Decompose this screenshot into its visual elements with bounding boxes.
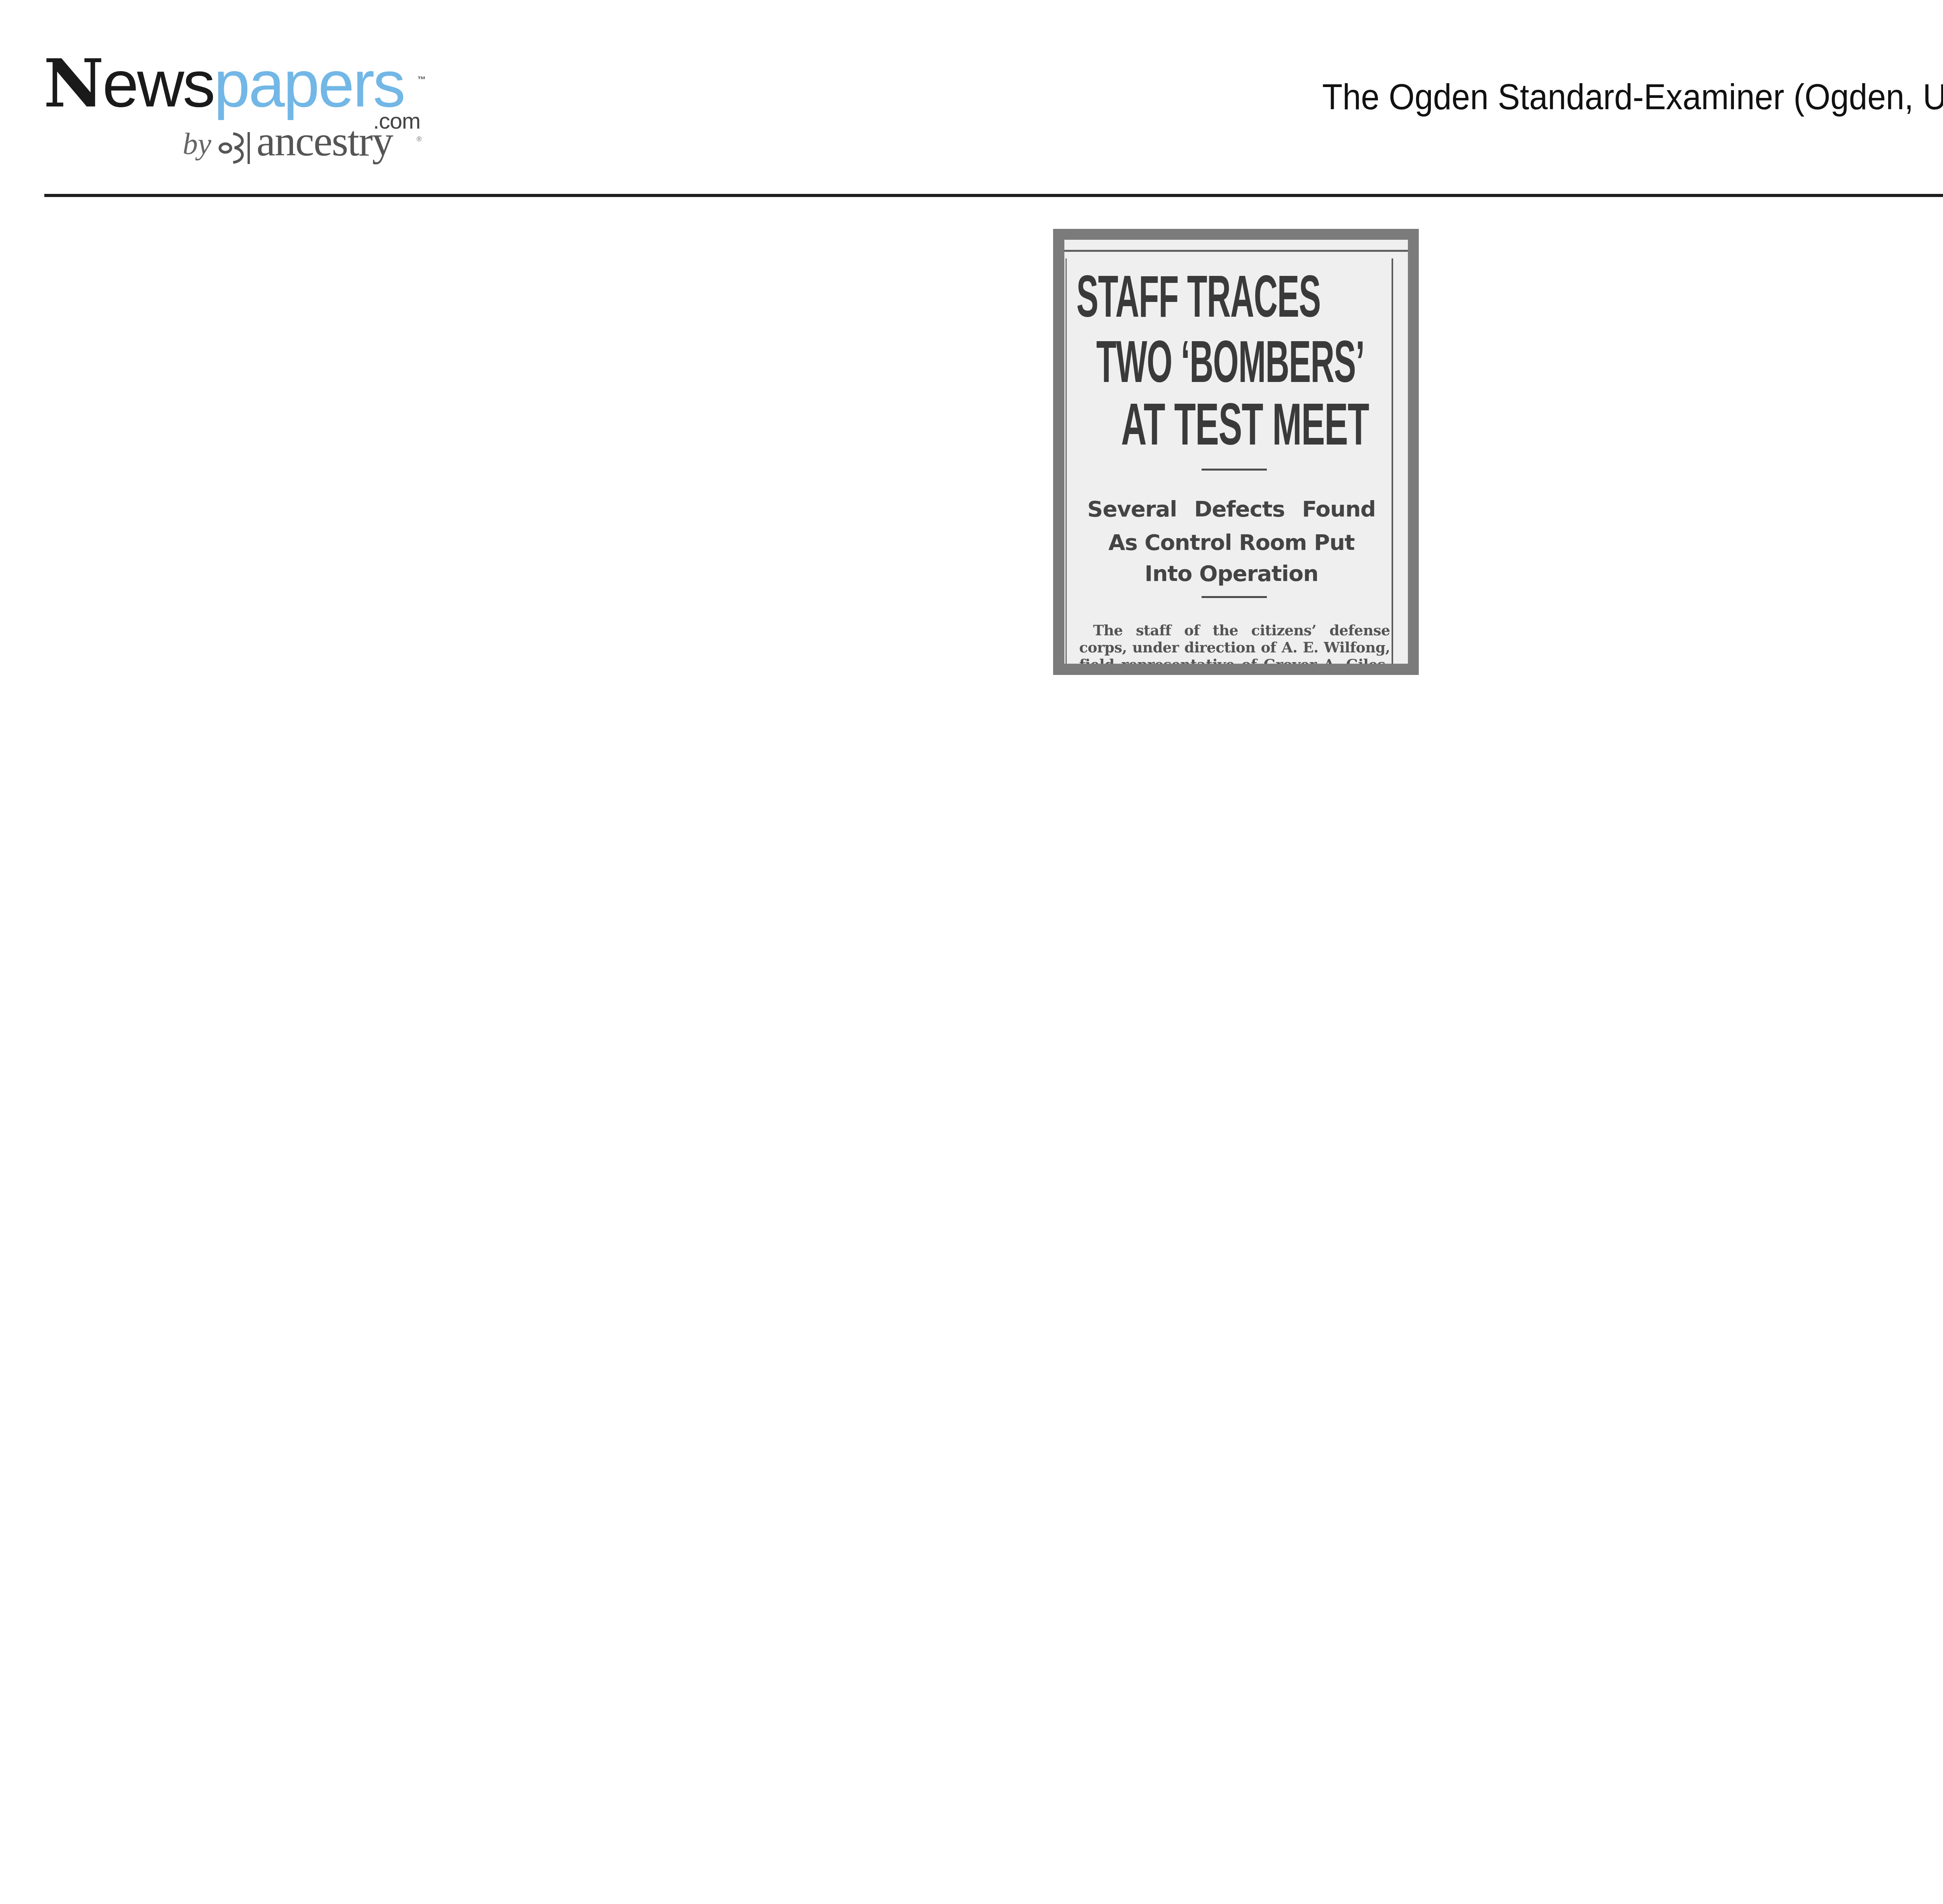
paragraph: The staff of the citizens’ defense corps… <box>1079 622 1390 664</box>
publication-name: The Ogden Standard-Examiner (Ogden, Utah… <box>1322 77 1943 117</box>
newspaper-clipping[interactable]: STAFF TRACES TWO ‘BOMBERS’ AT TEST MEET … <box>1064 240 1408 664</box>
headline-line-3: AT TEST MEET <box>1121 400 1369 448</box>
logo-by: by <box>183 126 211 161</box>
column-left-border <box>1066 258 1067 664</box>
trademark-mark: ™ <box>417 75 426 85</box>
ancestry-leaf-icon <box>218 131 253 166</box>
column-right-border <box>1392 258 1393 664</box>
headline-line-2: TWO ‘BOMBERS’ <box>1096 338 1364 386</box>
logo-word-dark: ews <box>102 47 214 120</box>
article-body: The staff of the citizens’ defense corps… <box>1079 622 1390 664</box>
logo-initial: N <box>44 45 102 122</box>
subheadline-line-2: As Control Room Put <box>1072 527 1391 558</box>
header-divider <box>44 194 1943 197</box>
page-citation: The Ogden Standard-Examiner (Ogden, Utah… <box>1322 78 1943 117</box>
newspapers-logo[interactable]: Newspapers ™ .com by ancestry ® <box>44 54 424 171</box>
subheadline-divider <box>1202 596 1267 598</box>
subheadline-line-3: Into Operation <box>1072 558 1391 589</box>
registered-mark: ® <box>417 135 422 143</box>
logo-wordmark: Newspapers <box>44 54 404 113</box>
headline-divider <box>1202 469 1267 471</box>
logo-parent: ancestry <box>256 117 392 166</box>
column-top-rule <box>1064 250 1408 252</box>
headline-line-1: STAFF TRACES <box>1076 272 1320 321</box>
subheadline-line-1: Several Defects Found <box>1072 494 1391 525</box>
